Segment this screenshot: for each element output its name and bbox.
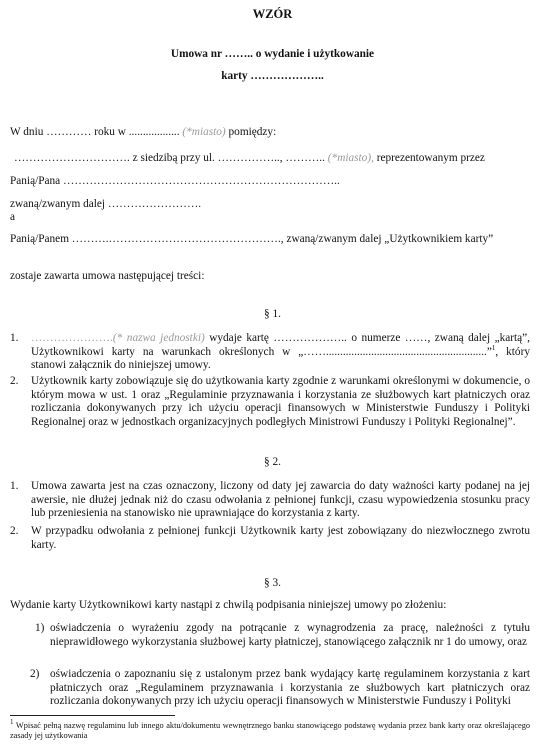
city-placeholder-2: (*miasto), [328, 152, 374, 164]
unit-dots: …………………. [31, 332, 113, 344]
section-3-item-1: oświadczenia o wyrażeniu zgody na potrąc… [50, 622, 530, 649]
section-2-item-2: W przypadku odwołania z pełnionej funkcj… [31, 525, 530, 552]
section-2-item-1-number: 1. [10, 480, 18, 494]
section-2-item-2-number: 2. [10, 525, 18, 539]
section-3-item-1-number: 1) [35, 622, 44, 636]
contract-title-card: karty ……………….. [0, 70, 545, 84]
intro-and: a [10, 211, 15, 225]
section-1-item-2-number: 2. [10, 375, 18, 389]
between-text: pomiędzy: [229, 126, 277, 138]
unit-name-placeholder: (* nazwa jednostki) [113, 332, 205, 344]
section-2-heading: § 2. [0, 456, 545, 470]
section-3-intro: Wydanie karty Użytkownikowi karty nastąp… [10, 599, 446, 613]
section-1-item-1: ………………….(* nazwa jednostki) wydaje kartę… [31, 332, 530, 373]
intro-company-line: …………………………. z siedzibą przy ul. ……………..,… [14, 152, 485, 166]
company-address-text: …………………………. z siedzibą przy ul. ……………..,… [14, 152, 325, 164]
footnote-separator [10, 715, 175, 716]
section-1-item-2: Użytkownik karty zobowiązuje się do użyt… [31, 375, 530, 429]
intro-called: zwaną/zwanym dalej ……………………. [10, 198, 201, 212]
section-3-item-2: oświadczenia o zapoznaniu się z ustalony… [50, 668, 530, 709]
contract-title: Umowa nr …….. o wydanie i użytkowanie [0, 48, 545, 62]
represented-by-text: reprezentowanym przez [377, 152, 485, 164]
section-3-heading: § 3. [0, 577, 545, 591]
city-placeholder: (*miasto) [182, 126, 225, 138]
section-2-item-1: Umowa zawarta jest na czas oznaczony, li… [31, 480, 530, 521]
footnote: 1 Wpisać pełną nazwę regulaminu lub inne… [10, 721, 530, 741]
date-place-text: W dniu ………… roku w .................. [10, 126, 180, 138]
intro-date-line: W dniu ………… roku w .................. (*… [10, 126, 276, 140]
intro-contract-content: zostaje zawarta umowa następującej treśc… [10, 270, 204, 284]
document-header: WZÓR [0, 8, 545, 22]
footnote-text: Wpisać pełną nazwę regulaminu lub innego… [10, 721, 530, 740]
section-1-heading: § 1. [0, 308, 545, 322]
section-3-item-2-number: 2) [30, 668, 39, 682]
intro-card-user: Panią/Panem ……….………………………………………., zwaną/… [10, 233, 493, 247]
section-1-item-1-number: 1. [10, 332, 18, 346]
intro-representative: Panią/Pana ……………………………………………………………….. [10, 175, 340, 189]
